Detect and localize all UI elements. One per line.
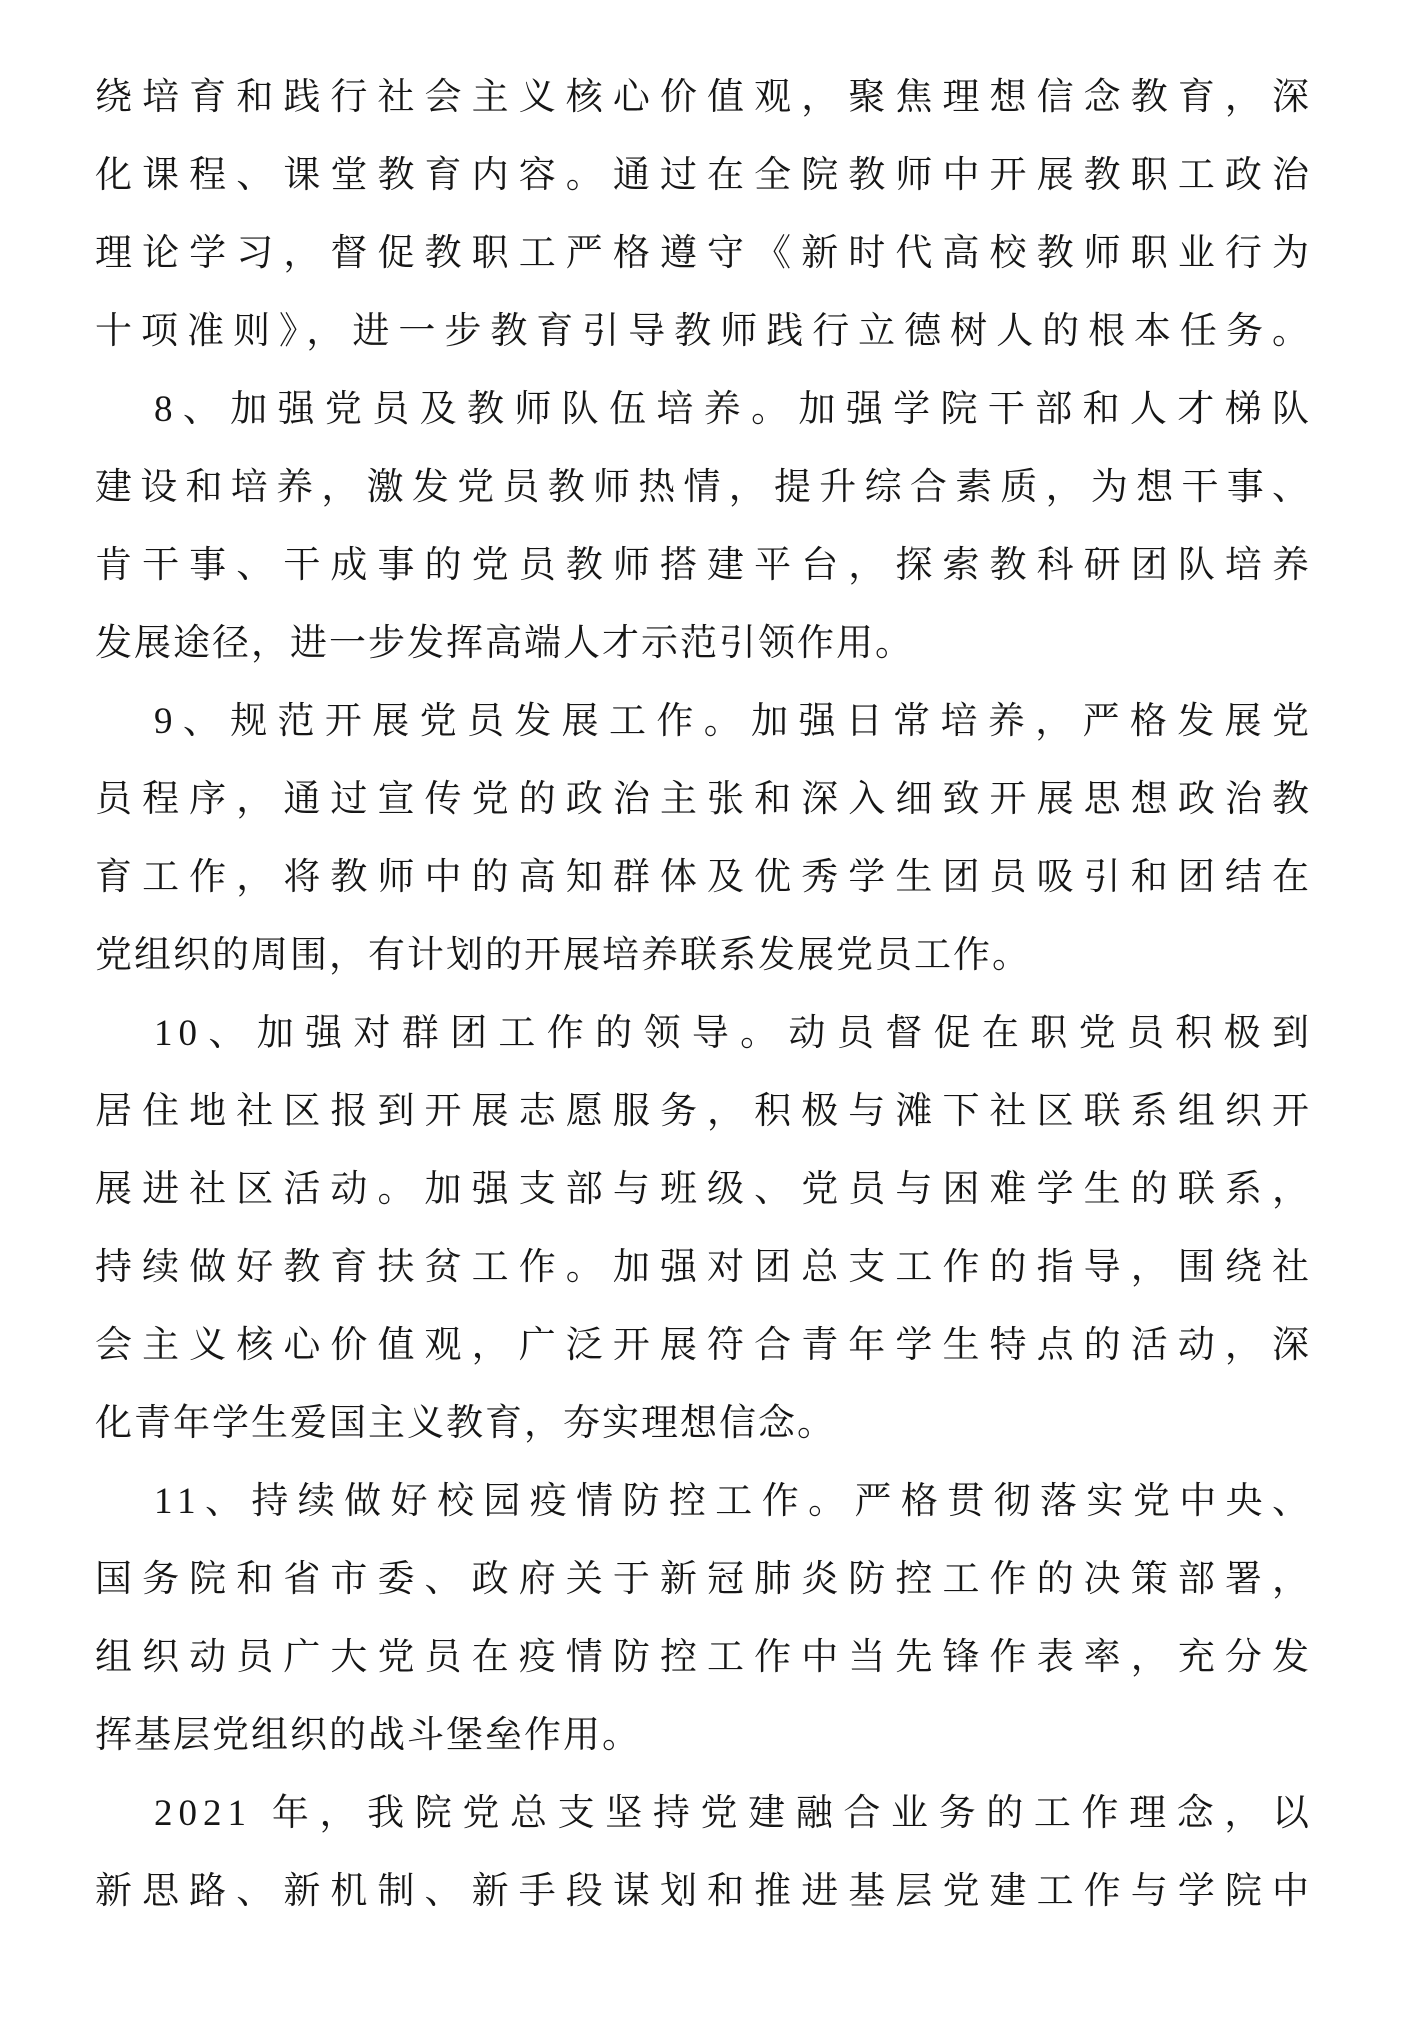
text-line: 展进社区活动。加强支部与班级、党员与困难学生的联系，: [95, 1151, 1315, 1229]
text-line: 9、规范开展党员发展工作。加强日常培养，严格发展党: [95, 683, 1315, 761]
text-line: 组织动员广大党员在疫情防控工作中当先锋作表率，充分发: [95, 1619, 1315, 1697]
text-line: 8、加强党员及教师队伍培养。加强学院干部和人才梯队: [95, 371, 1315, 449]
document-body: 绕培育和践行社会主义核心价值观，聚焦理想信念教育，深化课程、课堂教育内容。通过在…: [95, 59, 1315, 1931]
text-line: 理论学习，督促教职工严格遵守《新时代高校教师职业行为: [95, 215, 1315, 293]
text-line: 居住地社区报到开展志愿服务，积极与滩下社区联系组织开: [95, 1073, 1315, 1151]
text-line: 持续做好教育扶贫工作。加强对团总支工作的指导，围绕社: [95, 1229, 1315, 1307]
text-line: 绕培育和践行社会主义核心价值观，聚焦理想信念教育，深: [95, 59, 1315, 137]
text-line: 化课程、课堂教育内容。通过在全院教师中开展教职工政治: [95, 137, 1315, 215]
text-line: 肯干事、干成事的党员教师搭建平台，探索教科研团队培养: [95, 527, 1315, 605]
text-line: 国务院和省市委、政府关于新冠肺炎防控工作的决策部署，: [95, 1541, 1315, 1619]
text-line: 十项准则》，进一步教育引导教师践行立德树人的根本任务。: [95, 293, 1315, 371]
text-line: 发展途径，进一步发挥高端人才示范引领作用。: [95, 605, 1315, 683]
text-line: 员程序，通过宣传党的政治主张和深入细致开展思想政治教: [95, 761, 1315, 839]
text-line: 建设和培养，激发党员教师热情，提升综合素质，为想干事、: [95, 449, 1315, 527]
text-line: 化青年学生爱国主义教育，夯实理想信念。: [95, 1385, 1315, 1463]
text-line: 育工作，将教师中的高知群体及优秀学生团员吸引和团结在: [95, 839, 1315, 917]
text-line: 2021 年，我院党总支坚持党建融合业务的工作理念，以: [95, 1775, 1315, 1853]
text-line: 新思路、新机制、新手段谋划和推进基层党建工作与学院中: [95, 1853, 1315, 1931]
text-line: 10、加强对群团工作的领导。动员督促在职党员积极到: [95, 995, 1315, 1073]
text-line: 11、持续做好校园疫情防控工作。严格贯彻落实党中央、: [95, 1463, 1315, 1541]
document-page: 绕培育和践行社会主义核心价值观，聚焦理想信念教育，深化课程、课堂教育内容。通过在…: [0, 0, 1405, 2017]
text-line: 会主义核心价值观，广泛开展符合青年学生特点的活动，深: [95, 1307, 1315, 1385]
text-line: 党组织的周围，有计划的开展培养联系发展党员工作。: [95, 917, 1315, 995]
text-line: 挥基层党组织的战斗堡垒作用。: [95, 1697, 1315, 1775]
